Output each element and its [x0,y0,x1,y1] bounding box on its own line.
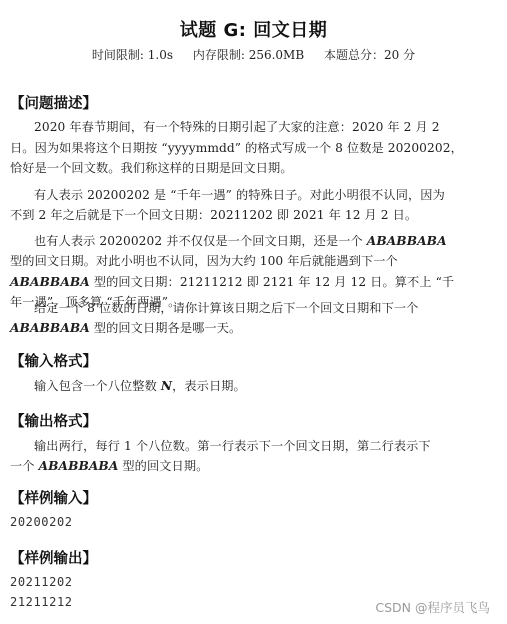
pattern-term: ABABBABA [367,234,447,248]
description-line: ABABBABA 型的回文日期各是哪一天。 [10,319,241,336]
heading-output-format: 【输出格式】 [10,410,97,431]
description-line: 给定一个 8 位数的日期，请你计算该日期之后下一个回文日期和下一个 [34,299,418,316]
watermark: CSDN @程序员飞鸟 [375,598,490,616]
memory-limit: 内存限制: 256.0MB [193,48,304,62]
description-line: 不到 2 年之后就是下一个回文日期：20211202 即 2021 年 12 月… [10,206,417,223]
heading-description: 【问题描述】 [10,92,97,113]
description-line: 有人表示 20200202 是 “千年一遇” 的特殊日子。对此小明很不认同，因为 [34,186,445,203]
heading-sample-output: 【样例输出】 [10,547,97,568]
description-line: 型的回文日期。对此小明也不认同，因为大约 100 年后就能遇到下一个 [10,252,398,269]
sample-input-line: 20200202 [10,515,73,529]
heading-input-format: 【输入格式】 [10,350,97,371]
output-format-line: 输出两行，每行 1 个八位数。第一行表示下一个回文日期，第二行表示下 [34,437,431,454]
output-format-line: 一个 ABABBABA 型的回文日期。 [10,457,208,474]
description-line: 2020 年春节期间，有一个特殊的日期引起了大家的注意：2020 年 2 月 2 [34,118,440,135]
heading-sample-input: 【样例输入】 [10,487,97,508]
description-line: 也有人表示 20200202 并不仅仅是一个回文日期，还是一个 ABABBABA [34,232,447,249]
pattern-term: ABABBABA [10,321,90,335]
variable-n: N [161,379,172,393]
time-limit: 时间限制: 1.0s [92,48,173,62]
description-text: 型的回文日期各是哪一天。 [90,321,241,335]
problem-meta: 时间限制: 1.0s 内存限制: 256.0MB 本题总分：20 分 [0,46,507,63]
total-score: 本题总分：20 分 [324,48,415,62]
description-text: 型的回文日期：21211212 即 2121 年 12 月 12 日。算不上 “… [90,275,454,289]
output-format-before: 一个 [10,459,39,473]
description-line: 日。因为如果将这个日期按 “yyyymmdd” 的格式写成一个 8 位数是 20… [10,139,463,156]
sample-output-line: 21211212 [10,595,73,609]
input-format-after: ，表示日期。 [172,379,246,393]
sample-output-line: 20211202 [10,575,73,589]
pattern-term: ABABBABA [10,275,90,289]
problem-title: 试题 G: 回文日期 [0,16,507,42]
pattern-term: ABABBABA [39,459,119,473]
input-format-text: 输入包含一个八位整数 N，表示日期。 [34,377,246,394]
description-line: ABABBABA 型的回文日期：21211212 即 2121 年 12 月 1… [10,273,454,290]
output-format-after: 型的回文日期。 [118,459,208,473]
description-line: 恰好是一个回文数。我们称这样的日期是回文日期。 [10,159,293,176]
input-format-before: 输入包含一个八位整数 [34,379,161,393]
description-text: 也有人表示 20200202 并不仅仅是一个回文日期，还是一个 [34,234,367,248]
